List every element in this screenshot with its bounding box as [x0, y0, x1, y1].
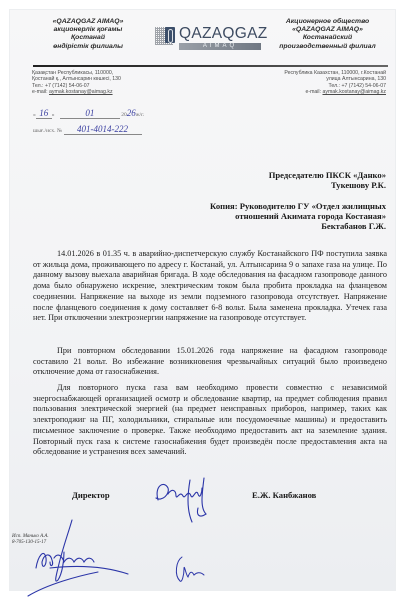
email-label: e-mail: [305, 89, 321, 95]
addressee-line: Председателю ПКСК «Данко» [269, 170, 386, 180]
letterhead-right-line: производственный филиал [265, 43, 390, 51]
date-year-tail: ж/г. [136, 112, 144, 118]
director-signature-icon [150, 478, 230, 538]
date-day: 16 [39, 108, 48, 118]
paragraph-text: 14.01.2026 в 01.35 ч. в аварийно-диспетч… [33, 249, 387, 324]
letterhead-divider [33, 65, 388, 67]
addressee-line: отношений Акимата города Костаная» [210, 211, 386, 221]
email-link[interactable]: aymak.kostanay@aimag.kz [322, 89, 386, 95]
email-label: e-mail: [32, 89, 48, 95]
address-right: Республика Казахстан, 110000, г.Костанай… [270, 70, 386, 96]
addressee-line: Тукешову Р.К. [269, 180, 386, 190]
paragraph-text: При повторном обследовании 15.01.2026 го… [33, 346, 387, 378]
number-label: шығ./исх. № [33, 128, 62, 134]
approval-signature-icon [28, 518, 148, 598]
addressee-copy: Копия: Руководителю ГУ «Отдел жилищных о… [210, 201, 386, 231]
body-paragraph-3: Для повторного пуска газа вам необходимо… [33, 383, 387, 458]
address-email-row: e-mail: aymak.kostanay@aimag.kz [270, 89, 386, 95]
email-link[interactable]: aymak.kostanay@aimag.kz [49, 89, 113, 95]
address-email-row: e-mail: aymak.kostanay@aimag.kz [32, 89, 121, 95]
logo-subtitle: AIMAQ [179, 43, 261, 50]
company-logo: QAZAQGAZ AIMAQ [155, 25, 265, 57]
addressee-primary: Председателю ПКСК «Данко» Тукешову Р.К. [269, 170, 386, 190]
letterhead-left-line: өндірістік филиалы [28, 43, 148, 51]
body-paragraph-2: При повторном обследовании 15.01.2026 го… [33, 346, 387, 378]
date-year-suffix: 26 [127, 108, 136, 118]
addressee-line: Копия: Руководителю ГУ «Отдел жилищных [210, 201, 386, 211]
letterhead-right-ru: Акционерное общество «QAZAQGAZ AIMAQ» Ко… [265, 18, 390, 51]
paragraph-text: Для повторного пуска газа вам необходимо… [33, 383, 387, 458]
body-paragraph-1: 14.01.2026 в 01.35 ч. в аварийно-диспетч… [33, 249, 387, 324]
letterhead-left-line: «QAZAQGAZ AIMAQ» [28, 18, 148, 26]
initials-signature-icon [172, 553, 208, 585]
registration-number: шығ./исх. № 401-4014-222 [33, 124, 142, 135]
letterhead-left-line: Қостанай [28, 34, 148, 42]
address-left: Қазақстан Республикасы, 110000, Қостанай… [32, 70, 121, 96]
logo-flame-icon [165, 27, 175, 43]
letterhead-right-line: Акционерное общество [265, 18, 390, 26]
registration-date: «16» 01 2026ж/г. [33, 108, 144, 119]
signatory-name: Е.Ж. Канбжанов [252, 490, 316, 500]
outgoing-number: 401-4014-222 [77, 124, 128, 134]
letterhead-left-kz: «QAZAQGAZ AIMAQ» акционерлік қоғамы Қост… [28, 18, 148, 51]
logo-wordmark: QAZAQGAZ [179, 25, 268, 43]
signatory-title: Директор [72, 490, 110, 500]
letterhead-right-line: Костанайский [265, 34, 390, 42]
address-line: Қостанай қ., Алтынсарин көшесі, 130 [32, 76, 121, 82]
date-month: 01 [85, 108, 94, 118]
addressee-line: Бектабанов Г.Ж. [210, 221, 386, 231]
